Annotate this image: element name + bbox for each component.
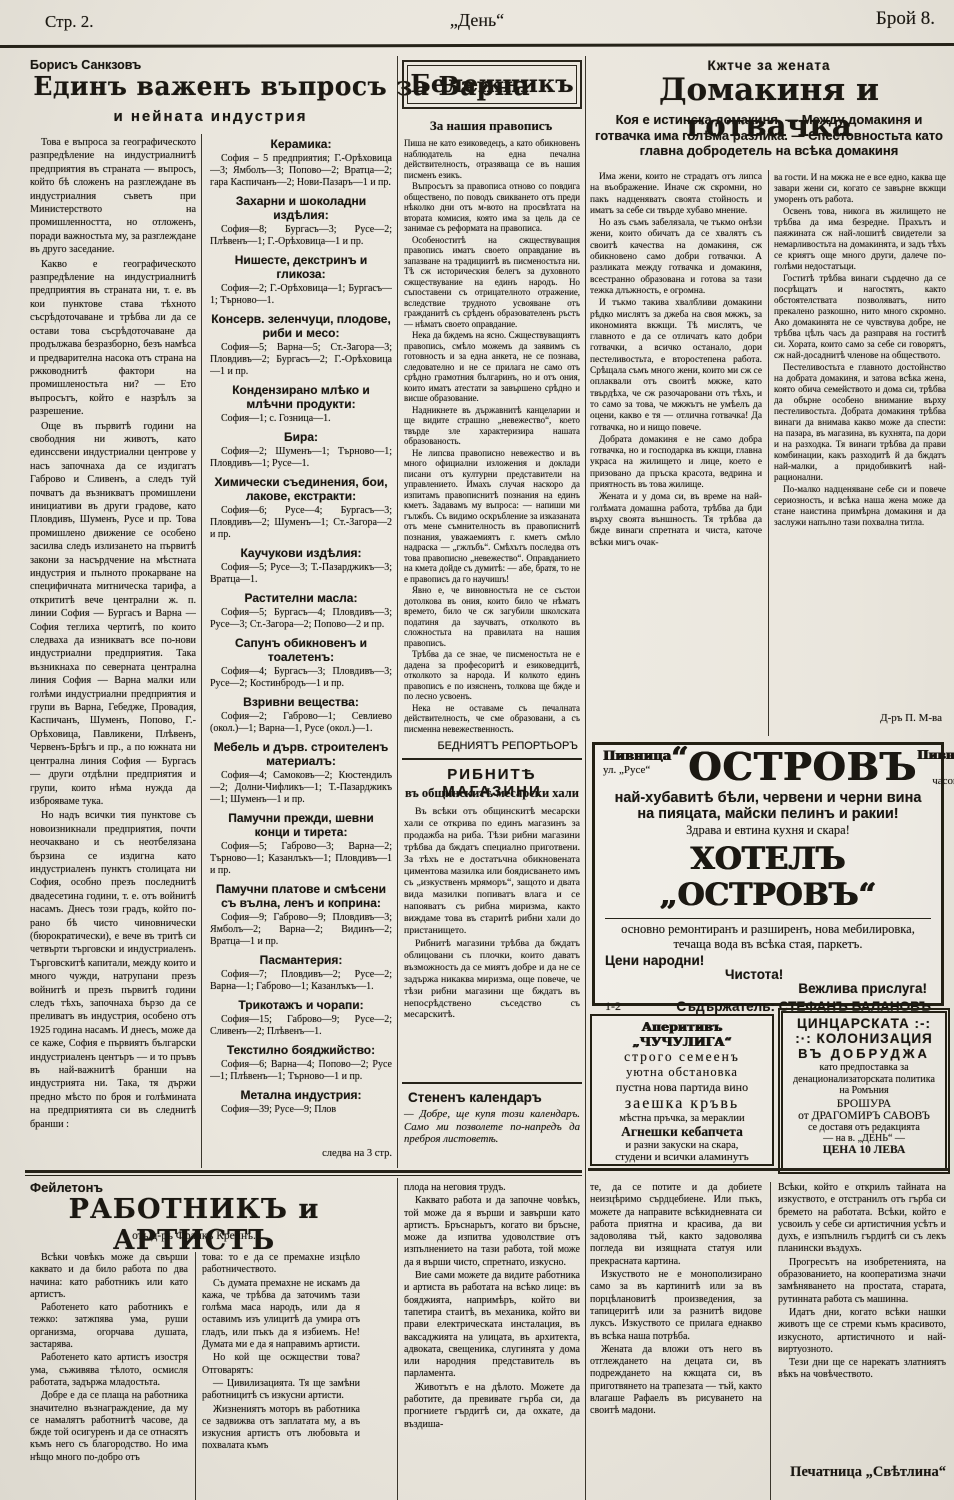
- paragraph: Добрата домакиня е не само добра готвачк…: [590, 435, 762, 491]
- sub-column-rule: [201, 134, 202, 1168]
- industry-entry: София—9; Габрово—9; Пловдивъ—3; Ямболъ—2…: [210, 912, 392, 948]
- column-rule: [585, 56, 586, 1500]
- industry-entry: София—6; Варна—4; Попово—2; Русе—1; Плѣв…: [210, 1059, 392, 1083]
- industry-heading: Захарни и шоколадни издѣлия:: [210, 194, 392, 222]
- kolonizatsia-broshura: БРОШУРА: [785, 1098, 943, 1110]
- industry-entry: София—15; Габрово—9; Русе—2; Сливенъ—2; …: [210, 1014, 392, 1038]
- pivnitsa-loc-2: часовника: [917, 775, 954, 788]
- industry-entry: София—7; Пловдивъ—2; Русе—2; Варна—1; Га…: [210, 969, 392, 993]
- feuilleton-column-e: Всѣки, който е открилъ тайната на изкуст…: [778, 1182, 946, 1458]
- kolonizatsia-ad: ЦИНЦАРСКАТА :-: :·: КОЛОНИЗАЦИЯ ВЪ ДОБРУ…: [778, 1008, 950, 1174]
- paragraph: Работенето като артистъ изостря ума, съж…: [30, 1352, 188, 1389]
- paragraph: Рибнитѣ магазини трѣбва да бждатъ облицо…: [404, 938, 580, 1021]
- ostrov-service: Вежлива прислуга!: [798, 981, 927, 996]
- kolonizatsia-price: ЦЕНА 10 ЛЕВА: [785, 1144, 943, 1156]
- paragraph: Тези дни ще се нарекатъ златниятъ вѣкъ н…: [778, 1357, 946, 1382]
- ostrov-ad-number: 1-2: [605, 999, 621, 1014]
- industry-heading: Химически съединения, бои, лакове, екстр…: [210, 475, 392, 503]
- ostrov-title: ОСТРОВЪ: [688, 749, 917, 785]
- chuchuliga-line: уютна обстановка: [594, 1065, 770, 1080]
- pivnitsa-label: Пивница: [603, 749, 671, 764]
- paragraph: Но надъ всички тия пунктове съ новоизник…: [30, 809, 196, 1131]
- industry-entry: София—4; Бургасъ—3; Пловдивъ—3; Русе—2; …: [210, 666, 392, 690]
- sub-column-rule: [768, 170, 769, 736]
- ostrov-left-label: Пивница ул. „Русе“: [603, 749, 671, 788]
- industry-heading: Мебель и дърв. строителенъ материалъ:: [210, 740, 392, 768]
- masthead-title: „День“: [417, 10, 537, 31]
- varna-subtitle: и нейната индустрия: [28, 108, 393, 125]
- belezhnik-subtitle: За нашия правописъ: [402, 118, 580, 134]
- newspaper-page: Стр. 2. „День“ Брой 8. Борисъ Санкзовъ Е…: [0, 0, 954, 1500]
- paragraph: Всѣки, който е открилъ тайната на изкуст…: [778, 1182, 946, 1256]
- varna-title: Единъ важенъ въпросъ за Варна: [33, 72, 386, 102]
- industry-heading: Растителни масла:: [210, 591, 392, 605]
- industry-entry: София—4; Самоковъ—2; Кюстендилъ—2; Долни…: [210, 770, 392, 806]
- paragraph: Добре е да се плаща на работника значите…: [30, 1390, 188, 1464]
- paragraph: Жената да вложи отъ него въ отглеждането…: [590, 1344, 762, 1418]
- chuchuliga-line: строго семеенъ: [594, 1049, 770, 1065]
- chuchuliga-kebapcheta: Агнешки кебапчета: [594, 1124, 770, 1140]
- paragraph: Надникнете въ държавнитѣ канцеларии и ще…: [404, 405, 580, 447]
- domakinia-subtitle: Коя е истинска домакиня. — Между домакин…: [594, 112, 944, 159]
- pivnitsa-loc-1: задъ: [917, 762, 954, 775]
- feuilleton-kicker: Фейлетонъ: [30, 1180, 150, 1195]
- paragraph: Животътъ е на дѣлото. Можете да работите…: [404, 1382, 580, 1431]
- feuilleton-column-c: плода на неговия трудъ.Каквато работа и …: [404, 1182, 580, 1500]
- column-rule: [397, 56, 398, 1168]
- industry-heading: Метална индустрия:: [210, 1088, 392, 1102]
- industry-entry: София—2; Г.-Орѣховица—1; Бургасъ—1; Търн…: [210, 283, 392, 307]
- paragraph: Какво е географическото разпредѣление на…: [30, 258, 196, 419]
- ad-divider: [605, 918, 931, 919]
- paragraph: Идатъ дни, когато всѣки нашки животъ ще …: [778, 1307, 946, 1356]
- paragraph: Още въ първитѣ години на свободния ни жи…: [30, 420, 196, 809]
- paragraph: Съ думата премахне не искамъ да кажа, че…: [202, 1278, 360, 1352]
- industry-entry: София – 5 предприятия; Г.-Орѣховица—3; Я…: [210, 153, 392, 189]
- belezhnik-box: Бележникъ: [402, 60, 582, 109]
- paragraph: Прогресътъ на изобретенията, на образова…: [778, 1257, 946, 1306]
- paragraph: Но азъ съмъ забелязала, че тъкмо онѣзи ж…: [590, 218, 762, 297]
- paragraph: Но кой ще осжществи това? Отговарятъ:: [202, 1352, 360, 1377]
- paragraph: Жената и у дома си, въ време на най-голѣ…: [590, 492, 762, 548]
- sub-column-rule: [195, 1252, 196, 1500]
- ostrov-title-wrap: “ ОСТРОВЪ: [671, 749, 917, 788]
- kolonizatsia-line: се доставя отъ редакцията: [785, 1122, 943, 1133]
- chuchuliga-line: пустна нова партида вино: [594, 1080, 770, 1095]
- paragraph: Това е въпроса за географическото разпре…: [30, 136, 196, 257]
- paragraph: По-малко надценяване себе си и повече се…: [774, 484, 946, 528]
- printer-imprint: Печатница „Свѣтлина“: [756, 1464, 946, 1481]
- sub-column-rule: [770, 1182, 771, 1500]
- industry-entry: София—6; Русе—4; Бургасъ—3; Пловдивъ—2; …: [210, 505, 392, 541]
- big-quote-glyph: “: [671, 749, 688, 769]
- ostrov-ad: Пивница ул. „Русе“ “ ОСТРОВЪ Пивница зад…: [592, 742, 944, 1006]
- industry-heading: Пасмантерия:: [210, 953, 392, 967]
- paragraph: Явно е, че виновностьта не се състои дот…: [404, 585, 580, 648]
- kolonizatsia-text: като предпоставка за денационализаторска…: [785, 1061, 943, 1098]
- paragraph: Каквато работа и да започне човѣкъ, той …: [404, 1195, 580, 1269]
- feuilleton-column-a: Всѣки човѣкъ може да свърши каквато и да…: [30, 1252, 188, 1500]
- industry-heading: Нишесте, декстринъ и гликоза:: [210, 253, 392, 281]
- industry-heading: Текстилно бояджийство:: [210, 1043, 392, 1057]
- feuilleton-byline: отъ д-ръ Франкъ Крейнъ.: [28, 1230, 360, 1242]
- paragraph: Нека не оставаме съ печалната действител…: [404, 703, 580, 735]
- industry-entry: София—2; Шуменъ—1; Търново—1; Пловдивъ—1…: [210, 446, 392, 470]
- paragraph: ва гости. И на мжжа не е все едно, каква…: [774, 172, 946, 205]
- paragraph: И тъкмо такива хвалбливи домакини рѣдко …: [590, 298, 762, 434]
- industry-heading: Сапунъ обикновенъ и тоалетенъ:: [210, 636, 392, 664]
- paragraph: Особеноститѣ на сжществуващия правопись …: [404, 235, 580, 330]
- belezhnik-title: Бележникъ: [407, 65, 577, 104]
- kolonizatsia-title-1: ЦИНЦАРСКАТА :-:: [785, 1016, 943, 1031]
- industry-heading: Трикотажъ и чорапи:: [210, 998, 392, 1012]
- header-rule: [0, 43, 954, 48]
- paragraph: Трѣбва да се знае, че писменостьта не е …: [404, 649, 580, 702]
- ribni-body: Въ всѣки отъ общинскитѣ месарски хали се…: [404, 806, 580, 1076]
- kolonizatsia-author: от ДРАГОМИРЪ САВОВЪ: [785, 1110, 943, 1122]
- ribni-subtitle: въ общинскитѣ месарски хали: [402, 786, 582, 801]
- paragraph: плода на неговия трудъ.: [404, 1182, 580, 1194]
- paragraph: Пестеливостьта е главното достойнство на…: [774, 362, 946, 483]
- domakinia-column-1: Има жени, които не страдатъ отъ липса на…: [590, 172, 762, 732]
- ostrov-line-3: Здрава и евтина кухня и скара!: [595, 823, 941, 838]
- varna-body-column: Това е въпроса за географическото разпре…: [30, 136, 196, 1166]
- kalendar-title: Стененъ календаръ: [408, 1090, 584, 1105]
- kalendar-text: — Добре, ще купя този календаръ. Само ми…: [404, 1108, 580, 1146]
- paragraph: Пиша не като езиковедецъ, а като обикнов…: [404, 138, 580, 180]
- section-rule: [25, 1170, 582, 1173]
- industry-heading: Каучукови издѣлия:: [210, 546, 392, 560]
- paragraph: това: то е да се премахне изцѣло работни…: [202, 1252, 360, 1277]
- paragraph: Гоститѣ трѣбва винаги сърдечно да се пос…: [774, 273, 946, 361]
- chuchuliga-line: и разни закуски на скара,: [594, 1140, 770, 1151]
- ostrov-line-2: на пияцата, майски пелинъ и ракии!: [595, 806, 941, 822]
- feuilleton-column-b: това: то е да се премахне изцѣло работни…: [202, 1252, 360, 1500]
- industry-heading: Взривни вещества:: [210, 695, 392, 709]
- issue-number: Брой 8.: [830, 8, 935, 30]
- industry-list: Керамика:София – 5 предприятия; Г.-Орѣхо…: [210, 132, 392, 1146]
- chuchuliga-title: Аперитивъ „ЧУЧУЛИГА“: [594, 1019, 770, 1049]
- belezhnik-signature: БЕДНИЯТЪ РЕПОРТЬОРЪ: [404, 740, 578, 752]
- industry-heading: Памучни прежди, шевни конци и тирета:: [210, 811, 392, 839]
- belezhnik-body: Пиша не като езиковедецъ, а като обикнов…: [404, 138, 580, 738]
- industry-heading: Памучни платове и смѣсени съ вълна, ленъ…: [210, 882, 392, 910]
- chuchuliga-line: мѣстна пръчка, за мераклии: [594, 1113, 770, 1124]
- industry-entry: София—5; Бургасъ—4; Пловдивъ—3; Русе—3; …: [210, 607, 392, 631]
- paragraph: Нека да бждемъ на ясно. Сжществуващиятъ …: [404, 330, 580, 404]
- varna-byline: Борисъ Санкзовъ: [30, 58, 250, 72]
- feuilleton-title: РАБОТНИКЪ и АРТИСТЪ: [28, 1194, 360, 1256]
- industry-entry: София—8; Бургасъ—3; Русе—2; Плѣвенъ—1; Г…: [210, 224, 392, 248]
- paragraph: Въпросътъ за правописа отново со повдига…: [404, 181, 580, 234]
- paragraph: Работенето като работникъ е тежко: затжп…: [30, 1302, 188, 1351]
- paragraph: Изкуството не е монополизирано само за в…: [590, 1269, 762, 1343]
- industry-entry: София—5; Габрово—3; Варна—2; Търново—1; …: [210, 841, 392, 877]
- domakinia-signature: Д-ръ П. М-ва: [774, 712, 942, 724]
- chuchuliga-ad: Аперитивъ „ЧУЧУЛИГА“ строго семеенъ уютн…: [590, 1014, 774, 1166]
- kolonizatsia-line: — на в. „ДЕНЬ“ —: [785, 1133, 943, 1144]
- hotel-ostrov-title: ХОТЕЛЪ „ОСТРОВЪ“: [595, 841, 941, 913]
- paragraph: — Цивилизацията. Тя ще замѣни работницит…: [202, 1378, 360, 1403]
- domakinia-column-2: ва гости. И на мжжа не е все едно, каква…: [774, 172, 946, 710]
- feuilleton-column-d: те, да се потите и да добиете неизцѣримо…: [590, 1182, 762, 1500]
- industry-heading: Консерв. зеленчуци, плодове, риби и месо…: [210, 312, 392, 340]
- column-rule: [397, 1178, 398, 1500]
- section-rule: [588, 1168, 948, 1171]
- divider: [402, 758, 582, 760]
- chuchuliga-line: студени и всички аламинутъ: [594, 1151, 770, 1163]
- industry-entry: София—5; Русе—3; Т.-Пазарджикъ—3; Вратца…: [210, 562, 392, 586]
- industry-entry: София—2; Габрово—1; Севлиево (окол.)—1; …: [210, 711, 392, 735]
- paragraph: Въ всѣки отъ общинскитѣ месарски хали се…: [404, 806, 580, 937]
- ostrov-right-label: Пивница задъ часовника: [917, 749, 954, 788]
- paragraph: Има жени, които не страдатъ отъ липса на…: [590, 172, 762, 217]
- kolonizatsia-title-3: ВЪ ДОБРУДЖА: [785, 1046, 943, 1061]
- industry-heading: Бира:: [210, 430, 392, 444]
- paragraph: Не липсва правописно невежество и въ мно…: [404, 448, 580, 585]
- paragraph: Жизнениятъ моторъ въ работника се задвиж…: [202, 1404, 360, 1453]
- industry-heading: Кондензирано млѣко и млѣчни продукти:: [210, 383, 392, 411]
- ostrov-line-1: най-хубавитѣ бѣли, червени и черни вина: [595, 790, 941, 806]
- paragraph: Освенъ това, никога въ жилището не трѣбв…: [774, 206, 946, 272]
- ostrov-description: основно ремонтиранъ и разширенъ, нова ме…: [595, 922, 941, 951]
- industry-heading: Керамика:: [210, 137, 392, 151]
- kolonizatsia-title-2: :·: КОЛОНИЗАЦИЯ: [785, 1031, 943, 1046]
- industry-entry: София—39; Русе—9; Плов: [210, 1104, 392, 1116]
- paragraph: Всѣки човѣкъ може да свърши каквато и да…: [30, 1252, 188, 1301]
- paragraph: те, да се потите и да добиете неизцѣримо…: [590, 1182, 762, 1268]
- chuchuliga-wine-name: заешка кръвь: [594, 1095, 770, 1113]
- domakinia-kicker: Кжтче за жената: [590, 58, 948, 73]
- paragraph: Вие сами можете да видите работника и ар…: [404, 1270, 580, 1381]
- pivnitsa-label-2: Пивница: [917, 749, 954, 762]
- ostrov-prices: Цени народни!: [605, 953, 704, 968]
- varna-continued-note: следва на 3 стр.: [210, 1148, 392, 1159]
- ostrov-clean: Чистота!: [725, 967, 783, 982]
- section-rule: [25, 1175, 582, 1176]
- divider: [402, 1082, 582, 1084]
- industry-entry: София—5; Варна—5; Ст.-Загора—3; Пловдивъ…: [210, 342, 392, 378]
- pivnitsa-street: ул. „Русе“: [603, 764, 671, 776]
- page-number: Стр. 2.: [45, 12, 185, 32]
- industry-entry: София—1; с. Гозница—1.: [210, 413, 392, 425]
